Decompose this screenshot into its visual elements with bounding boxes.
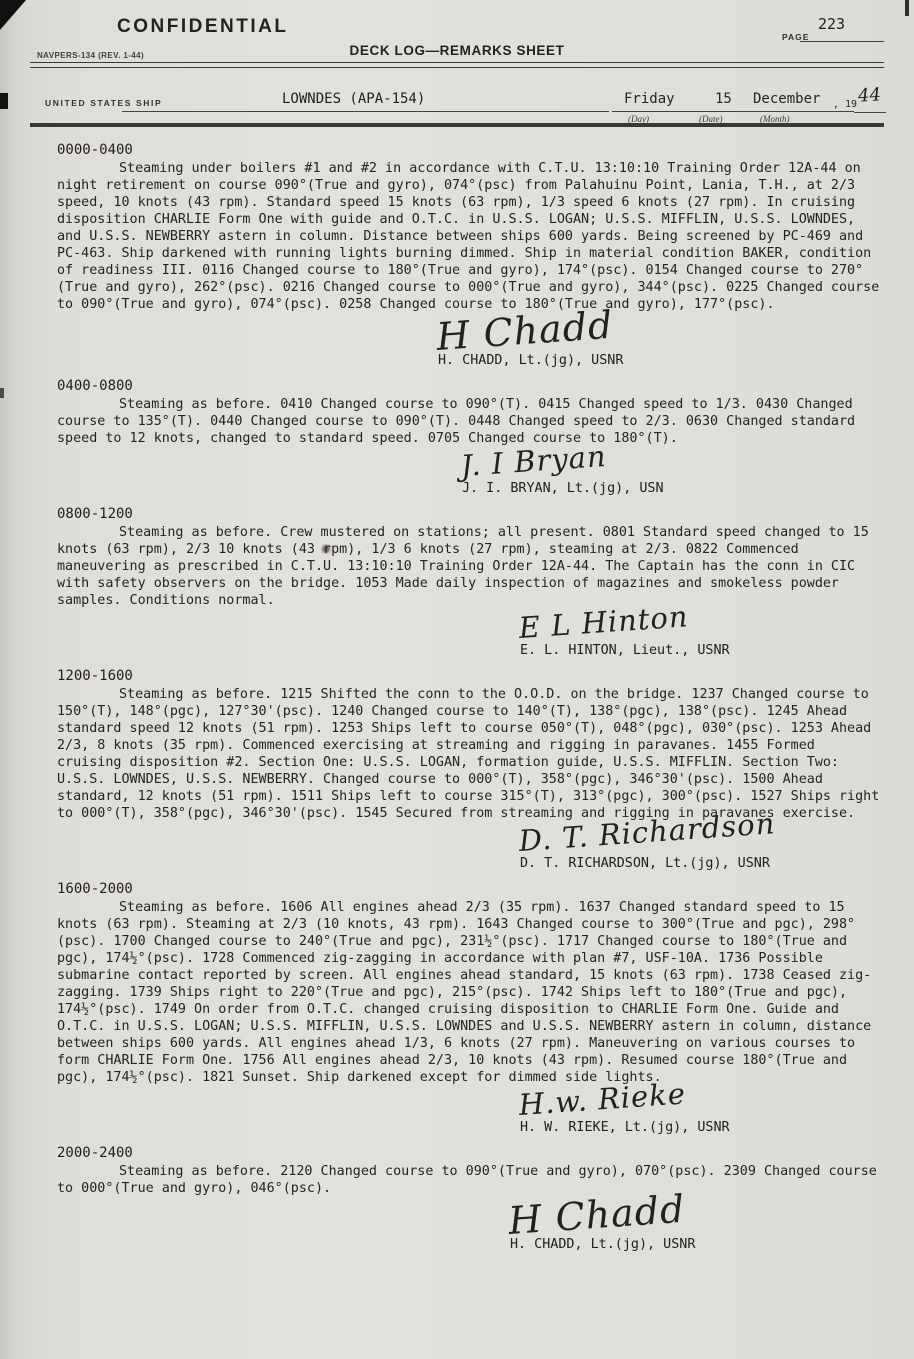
- entry-time-range: 0800-1200: [57, 506, 914, 522]
- signer-name: E. L. HINTON, Lieut., USNR: [520, 643, 914, 658]
- year-value: 44: [857, 84, 881, 107]
- classification-stamp: CONFIDENTIAL: [117, 16, 288, 38]
- page-number: 223: [818, 15, 845, 33]
- form-header: CONFIDENTIAL PAGE 223 NAVPERS-134 (REV. …: [0, 0, 914, 128]
- date-underline: [612, 111, 854, 112]
- month-value: December: [753, 91, 820, 107]
- entry-time-range: 2000-2400: [57, 1145, 914, 1161]
- year-prefix: , 19: [833, 99, 857, 110]
- signer-name: D. T. RICHARDSON, Lt.(jg), USNR: [520, 856, 914, 871]
- deck-log-sheet: CONFIDENTIAL PAGE 223 NAVPERS-134 (REV. …: [0, 0, 914, 1359]
- entry-time-range: 1600-2000: [57, 881, 914, 897]
- year-underline: [854, 112, 886, 113]
- ship-label: UNITED STATES SHIP: [45, 98, 162, 108]
- header-divider: [30, 62, 884, 68]
- signature-block: H.w. Rieke H. W. RIEKE, Lt.(jg), USNR: [520, 1088, 914, 1135]
- entry-text: Steaming as before. 1606 All engines ahe…: [57, 899, 884, 1086]
- signature-block: J. I Bryan J. I. BRYAN, Lt.(jg), USN: [462, 449, 914, 496]
- entry-text: Steaming as before. 1215 Shifted the con…: [57, 686, 884, 822]
- signature-block: D. T. Richardson D. T. RICHARDSON, Lt.(j…: [520, 824, 914, 871]
- signature-block: H Chadd H. CHADD, Lt.(jg), USNR: [438, 315, 914, 368]
- ship-name: LOWNDES (APA-154): [282, 91, 425, 107]
- form-title: DECK LOG—REMARKS SHEET: [0, 43, 914, 58]
- ship-name-underline: [122, 111, 609, 112]
- date-value: 15: [715, 91, 732, 107]
- signer-name: H. W. RIEKE, Lt.(jg), USNR: [520, 1120, 914, 1135]
- entry-time-range: 1200-1600: [57, 668, 914, 684]
- log-entry: 1200-1600 Steaming as before. 1215 Shift…: [0, 668, 914, 871]
- day-value: Friday: [624, 91, 675, 107]
- signer-name: H. CHADD, Lt.(jg), USNR: [510, 1237, 914, 1252]
- signer-name: J. I. BRYAN, Lt.(jg), USN: [462, 481, 914, 496]
- signature-block: H Chadd H. CHADD, Lt.(jg), USNR: [510, 1199, 914, 1252]
- log-entry: 0400-0800 Steaming as before. 0410 Chang…: [0, 378, 914, 496]
- entry-time-range: 0400-0800: [57, 378, 914, 394]
- log-entry: 0800-1200 Steaming as before. Crew muste…: [0, 506, 914, 658]
- log-entry: 1600-2000 Steaming as before. 1606 All e…: [0, 881, 914, 1135]
- log-entry: 0000-0400 Steaming under boilers #1 and …: [0, 142, 914, 368]
- signer-name: H. CHADD, Lt.(jg), USNR: [438, 353, 914, 368]
- entry-text: Steaming under boilers #1 and #2 in acco…: [57, 160, 884, 313]
- log-entry: 2000-2400 Steaming as before. 2120 Chang…: [0, 1145, 914, 1252]
- log-entries: 0000-0400 Steaming under boilers #1 and …: [0, 128, 914, 1252]
- header-heavy-rule: [30, 123, 884, 127]
- entry-time-range: 0000-0400: [57, 142, 914, 158]
- signature-block: E L Hinton E. L. HINTON, Lieut., USNR: [520, 611, 914, 658]
